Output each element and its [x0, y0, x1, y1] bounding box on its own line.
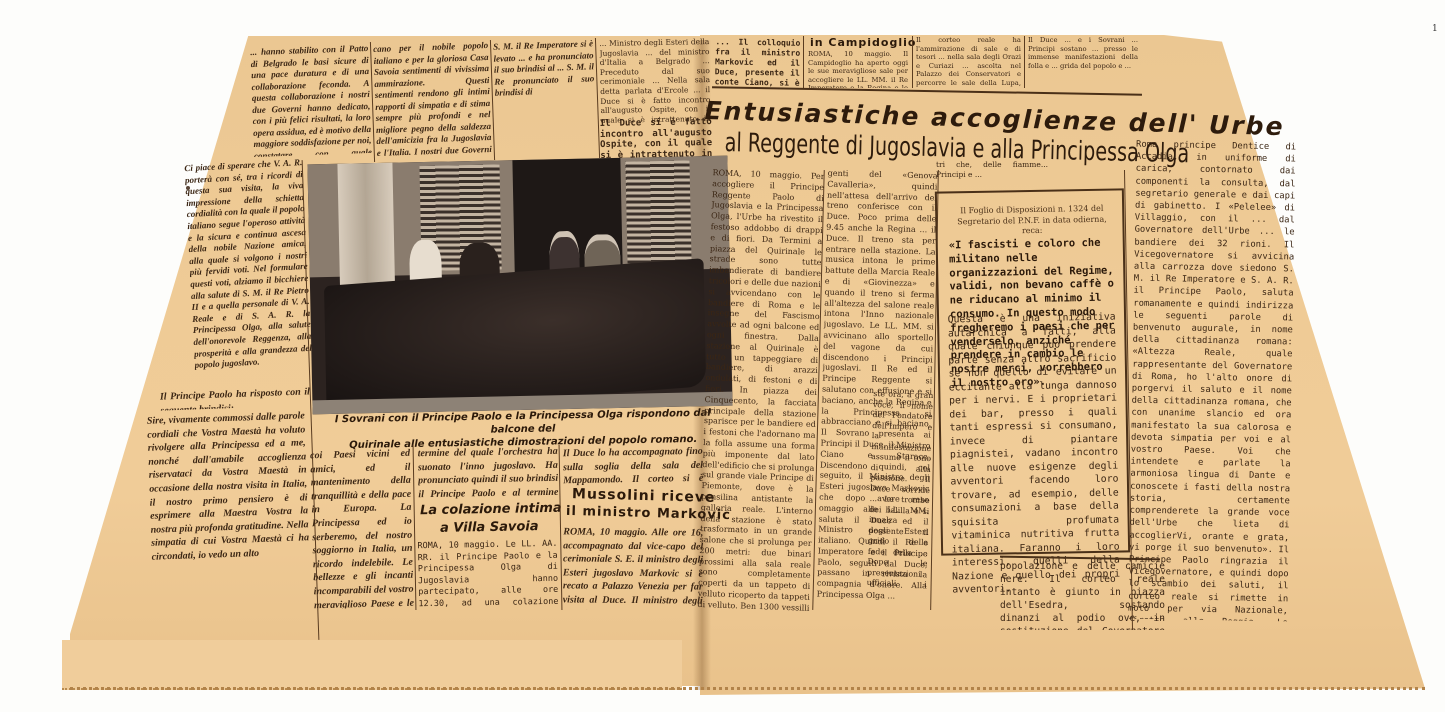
left-col-toast-text: Ci piace di sperare che V. A. R. porterà…: [184, 157, 314, 393]
col5-top-text: ... Il colloquio fra il ministro Markovi…: [715, 37, 801, 88]
article-col3-top: tri che, delle fiamme... Principi e ...: [936, 160, 1048, 190]
col4-bottom-text: Il Duce lo ha accompagnato fino sulla so…: [563, 445, 704, 487]
colazione-headline-2: a Villa Savoia: [440, 519, 539, 536]
deckle-edge: [70, 683, 1425, 690]
mussolini-text: ROMA, 10 maggio. Alle ore 16, accompagna…: [563, 525, 704, 610]
article-col3: ste ora, a gran voce, il nome del Fondat…: [867, 389, 934, 591]
left-col-top-text: ... hanno stabilito con il Patto di Belg…: [250, 43, 372, 157]
photo-shutter-right: [625, 160, 691, 266]
balcony-photo: [307, 156, 732, 415]
prince-reply-text: Sire, vivamente commossi dalle parole co…: [147, 409, 312, 610]
campidoglio-text: ROMA, 10 maggio. Il Campidoglio ha apert…: [808, 50, 908, 88]
duce-meeting-text: Il Duce si è fatto incontro all'augusto …: [600, 117, 713, 161]
col8-top-text: Il Duce ... e i Sovrani ... Principi sos…: [1028, 36, 1138, 88]
column-rule: [912, 36, 913, 88]
column-rule: [803, 36, 804, 88]
colazione-headline-1: La colazione intima: [420, 501, 562, 518]
newspaper-spread: 1 ... hanno stabilito con il Patto di Be…: [0, 0, 1445, 712]
article-col5: Roma principe Dentice di Accadia, in uni…: [1128, 139, 1296, 622]
column-rule: [1024, 36, 1025, 88]
mid-col-bottom-text: coi Paesi vicini ed amici, ed il manteni…: [310, 447, 414, 610]
article-col1: ROMA, 10 maggio. Per accogliere il Princ…: [697, 168, 824, 612]
col7-top-text: Il corteo reale ha l'ammirazione di sale…: [916, 36, 1021, 88]
photo-pillar: [337, 163, 395, 294]
mid-col-top-text: cano per il nobile popolo italiano e per…: [373, 40, 492, 159]
coffee-notice-body: Questa è una iniziativa autarchica a fat…: [948, 311, 1121, 597]
col3-top-text: S. M. il Re Imperatore si è levato ... e…: [493, 38, 597, 159]
col4-top-text: ... Ministro degli Esteri della Jugoslav…: [599, 37, 710, 123]
colazione-text: ROMA, 10 maggio. Le LL. AA. RR. il Princ…: [417, 539, 558, 611]
campidoglio-headline: in Campidoglio: [810, 36, 916, 49]
photo-balcony-drape: [324, 258, 706, 414]
coffee-notice-intro: Il Foglio di Disposizioni n. 1324 del Se…: [948, 204, 1117, 238]
page-mark: 1: [1432, 24, 1438, 34]
col3-bottom-text: termine del quale l'orchestra ha suonato…: [418, 445, 559, 499]
